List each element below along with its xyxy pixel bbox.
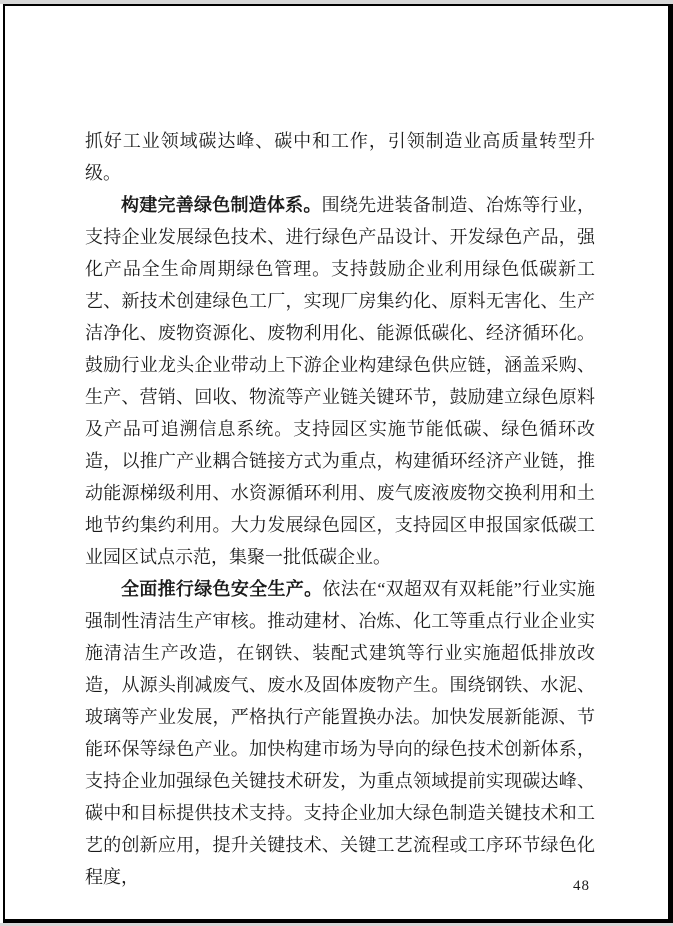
page-number: 48 <box>573 878 590 895</box>
page-body: 抓好工业领域碳达峰、碳中和工作，引领制造业高质量转型升级。 构建完善绿色制造体系… <box>85 125 595 893</box>
paragraph-lead: 构建完善绿色制造体系。 <box>121 195 322 215</box>
paragraph-green-safe-production: 全面推行绿色安全生产。依法在“双超双有双耗能”行业实施强制性清洁生产审核。推动建… <box>85 573 595 893</box>
paragraph-continuation: 抓好工业领域碳达峰、碳中和工作，引领制造业高质量转型升级。 <box>85 125 595 189</box>
paragraph-lead: 全面推行绿色安全生产。 <box>121 579 322 599</box>
paragraph-text: 抓好工业领域碳达峰、碳中和工作，引领制造业高质量转型升级。 <box>85 131 595 183</box>
paragraph-text: 依法在“双超双有双耗能”行业实施强制性清洁生产审核。推动建材、冶炼、化工等重点行… <box>85 579 595 887</box>
document-viewer: 抓好工业领域碳达峰、碳中和工作，引领制造业高质量转型升级。 构建完善绿色制造体系… <box>0 0 673 926</box>
paragraph-green-manufacturing-system: 构建完善绿色制造体系。围绕先进装备制造、冶炼等行业，支持企业发展绿色技术、进行绿… <box>85 189 595 573</box>
document-page: 抓好工业领域碳达峰、碳中和工作，引领制造业高质量转型升级。 构建完善绿色制造体系… <box>3 4 673 923</box>
paragraph-text: 围绕先进装备制造、冶炼等行业，支持企业发展绿色技术、进行绿色产品设计、开发绿色产… <box>85 195 595 567</box>
